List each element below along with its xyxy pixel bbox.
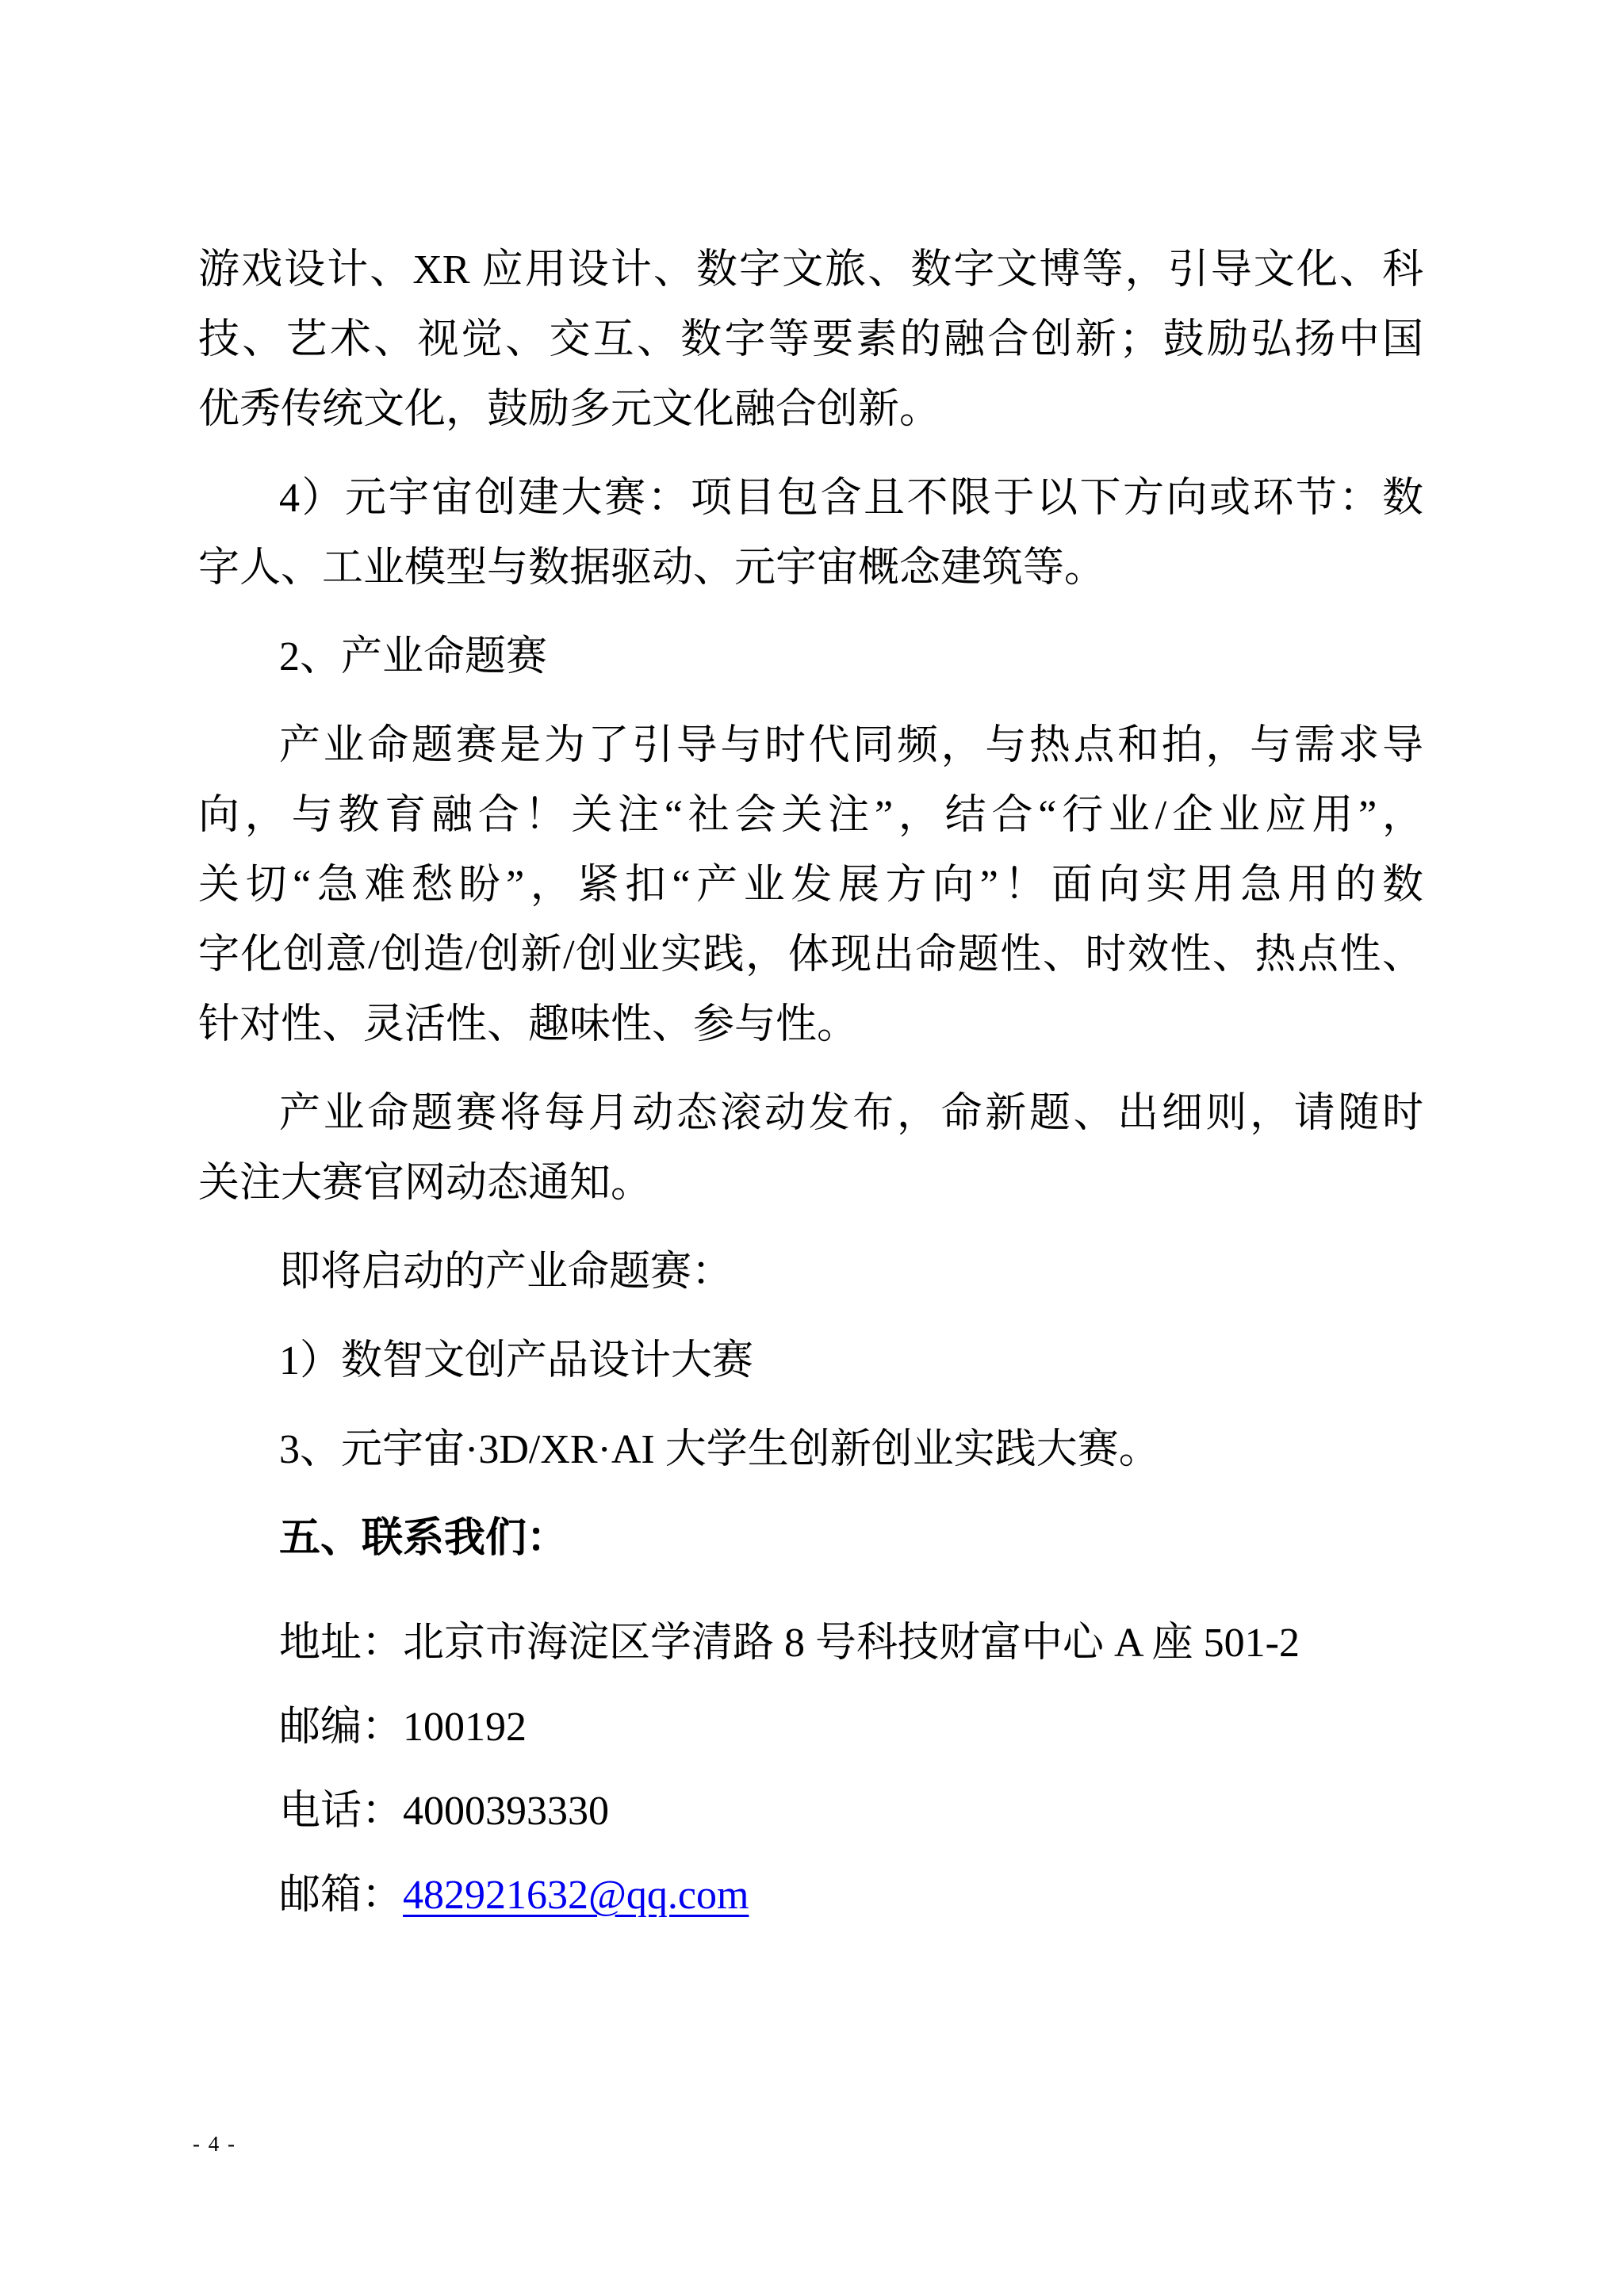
heading-text: 五、联系我们： xyxy=(198,1504,1423,1574)
paragraph-game-design: 游戏设计、XR 应用设计、数字文旅、数字文博等，引导文化、科 技、艺术、视觉、交… xyxy=(198,235,1423,445)
paragraph-metaverse-contest: 4）元宇宙创建大赛：项目包含且不限于以下方向或环节：数 字人、工业模型与数据驱动… xyxy=(198,464,1423,603)
paragraph-industry-topic-intro: 产业命题赛是为了引导与时代同频，与热点和拍，与需求导 向，与教育融合！关注“社会… xyxy=(198,711,1423,1060)
section-heading-contact-us: 五、联系我们： xyxy=(198,1504,1423,1574)
text-line: 地址：北京市海淀区学清路 8 号科技财富中心 A 座 501-2 xyxy=(198,1609,1423,1678)
text-line: 邮编：100192 xyxy=(198,1693,1423,1762)
text-line: 游戏设计、XR 应用设计、数字文旅、数字文博等，引导文化、科 xyxy=(198,235,1423,305)
text-line: 1）数智文创产品设计大赛 xyxy=(198,1326,1423,1396)
text-line: 2、产业命题赛 xyxy=(198,622,1423,692)
text-line: 3、元宇宙·3D/XR·AI 大学生创新创业实践大赛。 xyxy=(198,1415,1423,1485)
text-line: 字人、工业模型与数据驱动、元宇宙概念建筑等。 xyxy=(198,534,1423,603)
contact-postcode-line: 邮编：100192 xyxy=(198,1693,1423,1762)
page-body-text: 游戏设计、XR 应用设计、数字文旅、数字文博等，引导文化、科 技、艺术、视觉、交… xyxy=(198,235,1423,1945)
contact-email-line: 邮箱：482921632@qq.com xyxy=(198,1861,1423,1931)
text-line: 产业命题赛是为了引导与时代同频，与热点和拍，与需求导 xyxy=(198,711,1423,781)
contact-address-line: 地址：北京市海淀区学清路 8 号科技财富中心 A 座 501-2 xyxy=(198,1609,1423,1678)
paragraph-digital-culture-design: 1）数智文创产品设计大赛 xyxy=(198,1326,1423,1396)
text-line: 产业命题赛将每月动态滚动发布，命新题、出细则，请随时 xyxy=(198,1079,1423,1149)
paragraph-monthly-release: 产业命题赛将每月动态滚动发布，命新题、出细则，请随时 关注大赛官网动态通知。 xyxy=(198,1079,1423,1219)
paragraph-3d-xr-ai-contest: 3、元宇宙·3D/XR·AI 大学生创新创业实践大赛。 xyxy=(198,1415,1423,1485)
text-line: 关注大赛官网动态通知。 xyxy=(198,1149,1423,1219)
contact-phone-line: 电话：4000393330 xyxy=(198,1777,1423,1846)
paragraph-upcoming-contest: 即将启动的产业命题赛： xyxy=(198,1238,1423,1307)
text-line: 向，与教育融合！关注“社会关注”，结合“行业/企业应用”， xyxy=(198,781,1423,851)
text-line: 字化创意/创造/创新/创业实践，体现出命题性、时效性、热点性、 xyxy=(198,920,1423,990)
text-line: 优秀传统文化，鼓励多元文化融合创新。 xyxy=(198,375,1423,445)
email-label: 邮箱： xyxy=(279,1873,403,1918)
page-number: - 4 - xyxy=(193,2131,236,2156)
text-line: 4）元宇宙创建大赛：项目包含且不限于以下方向或环节：数 xyxy=(198,464,1423,534)
document-page: 游戏设计、XR 应用设计、数字文旅、数字文博等，引导文化、科 技、艺术、视觉、交… xyxy=(0,0,1624,2296)
text-line: 关切“急难愁盼”，紧扣“产业发展方向”！面向实用急用的数 xyxy=(198,851,1423,920)
text-line: 即将启动的产业命题赛： xyxy=(198,1238,1423,1307)
text-line: 技、艺术、视觉、交互、数字等要素的融合创新；鼓励弘扬中国 xyxy=(198,305,1423,375)
email-link[interactable]: 482921632@qq.com xyxy=(403,1873,749,1918)
text-line: 电话：4000393330 xyxy=(198,1777,1423,1846)
paragraph-industry-topic-title: 2、产业命题赛 xyxy=(198,622,1423,692)
text-line: 针对性、灵活性、趣味性、参与性。 xyxy=(198,990,1423,1060)
